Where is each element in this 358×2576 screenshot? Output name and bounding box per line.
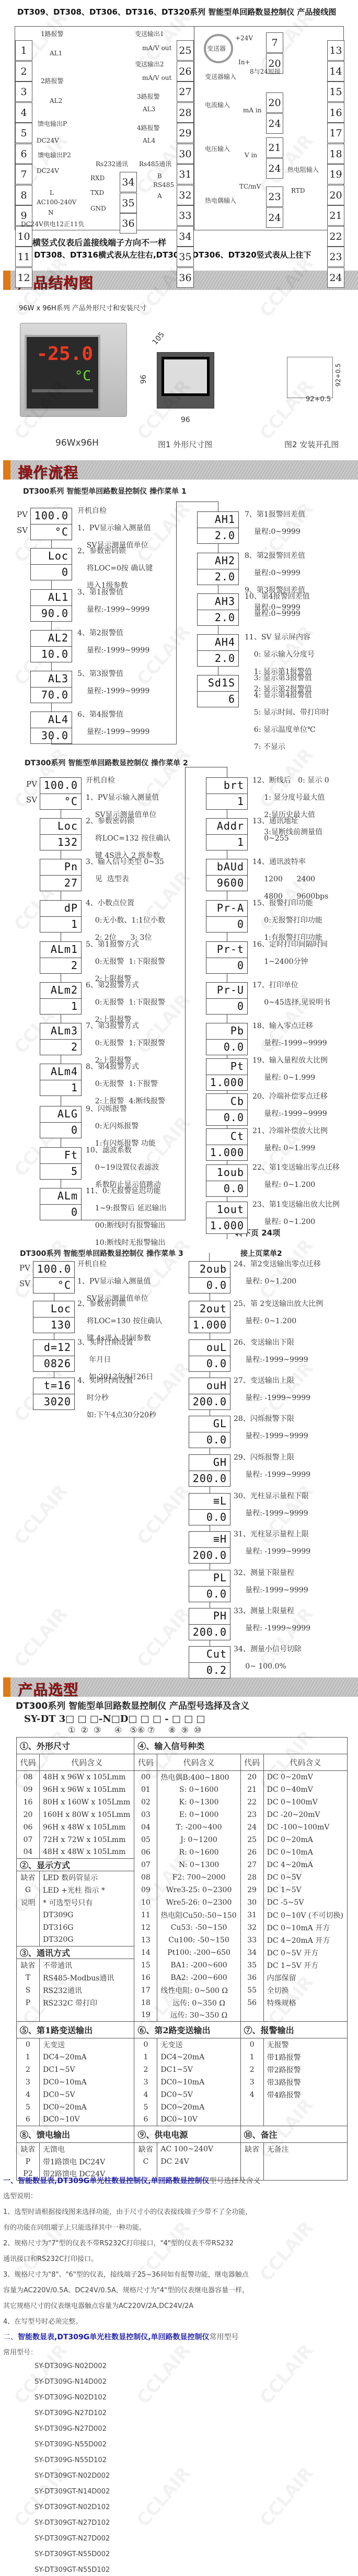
table-cell: DC0~10mA: [40, 2076, 134, 2089]
lcd-value: 1.000: [206, 1075, 247, 1090]
table-cell: 无备注: [263, 2143, 347, 2155]
lcd-display: ALG0: [40, 1106, 82, 1138]
terminal-18: 18: [327, 144, 344, 164]
table-cell: Wre3-25: 0~2300: [157, 1884, 240, 1896]
lcd-param: PH: [189, 1608, 230, 1624]
table-cell: DC0~5V: [40, 2089, 134, 2101]
flow-arrow: [61, 974, 61, 982]
dim-width: 96: [181, 416, 190, 424]
terminal-30: 30: [177, 144, 194, 164]
table-cell: 代码含义: [157, 1754, 240, 1771]
flow-arrow: [227, 810, 227, 818]
terminal-19: 19: [327, 164, 344, 184]
table-cell: [240, 2101, 263, 2114]
lcd-display: AH12.0: [197, 511, 239, 544]
watermark: CCLAIR: [256, 2340, 318, 2408]
terminal-36: 36: [177, 267, 194, 288]
table-cell: P: [17, 1997, 40, 2009]
lcd-display: Cb0.0: [206, 1093, 248, 1126]
input-terminal: 23: [266, 187, 283, 207]
lcd-param: AH2: [198, 553, 238, 569]
lcd-param: Loc: [40, 819, 81, 834]
menu2-title: DT300系列 智能型单回路数显控制仪 操作菜单 2: [25, 757, 188, 768]
table-cell: 01: [134, 1784, 157, 1796]
input-terminal: 24: [266, 158, 283, 179]
table-cell: 03: [134, 1809, 157, 1821]
table-row: SRS232通讯17线性电阻: 0~500 Ω55全切换: [17, 1984, 348, 1997]
flow-arrow: [61, 933, 61, 941]
flow-arrow: [210, 1448, 210, 1454]
flow-arrow: [227, 974, 227, 982]
flow-arrow: [54, 1372, 54, 1378]
table-row: 0848H x 96W x 105Lmm00热电偶B:400~180020DC …: [17, 1771, 348, 1784]
table-cell: 04: [134, 1821, 157, 1834]
table-cell: 5: [17, 2101, 40, 2114]
lcd-value: 10.0: [31, 646, 72, 662]
table-cell: 2: [240, 2064, 263, 2076]
table-cell: DT309G: [40, 1909, 134, 1921]
flow-arrow: [210, 1487, 210, 1493]
lcd-display: Loc130: [33, 1301, 75, 1333]
lcd-value: 0: [31, 564, 72, 580]
table-cell: 1: [17, 2051, 40, 2064]
model-item: SY-DT309GT-N55D102: [34, 2566, 110, 2574]
lcd-param: Ct: [206, 1129, 247, 1145]
table-row: ②、显示方式07N: 0~130027DC 4~20mA: [17, 1859, 348, 1871]
table-cell: 无报警: [263, 2038, 347, 2051]
table-row: 3DC0~10mA3DC0~10mA3带3路报警: [17, 2076, 348, 2089]
lcd-value: 6: [198, 691, 238, 707]
wiring-label: 变送输出2: [135, 60, 164, 68]
table-cell: 0: [134, 2038, 157, 2051]
lcd-value: 70.0: [31, 687, 72, 703]
table-cell: 带1路报警: [263, 2051, 347, 2064]
table-cell: 23: [240, 1809, 263, 1821]
param-description: 27、变送输出上限 量程: -1999~9999: [234, 1372, 310, 1407]
table-cell: 20: [240, 1771, 263, 1784]
lcd-display: 100.0°C: [33, 1261, 75, 1293]
lcd-param: AL2: [31, 631, 72, 646]
wiring-label: 电流输入: [205, 100, 230, 109]
terminal-23: 23: [327, 247, 344, 267]
model-item: SY-DT309GT-N55D002: [34, 2550, 110, 2558]
table-row: 缺省不带通讯15BA1: -200~60035DC 1~5V 开方: [17, 1959, 348, 1972]
lcd-param: ALm2: [40, 983, 81, 998]
table-row: GLED +光柱 指示 *09Wre3-25: 0~230029DC 1~5V: [17, 1884, 348, 1896]
lcd-value: 1.000: [206, 1145, 247, 1160]
table-cell: DC0~10V: [40, 2114, 134, 2126]
structure-subtitle: 96W x 96H系列 产品外形尺寸和安装尺寸: [19, 302, 147, 312]
selection-table: ①、外形尺寸④、输入信号种类代码代码含义代码代码含义代码代码含义0848H x …: [16, 1737, 348, 2181]
lcd-display: Pt1.000: [206, 1058, 248, 1091]
table-cell: 5: [134, 2101, 157, 2114]
table-cell: LED +光柱 指示 *: [40, 1884, 134, 1896]
wiring-label: +24V: [235, 34, 253, 42]
flow-arrow: [51, 662, 52, 671]
wiring-label: DC24V供电12正11负: [21, 219, 84, 228]
lcd-value: 0.0: [189, 1356, 230, 1371]
flow-arrow: [61, 1180, 61, 1188]
rs232-terminal-35: 35: [120, 193, 137, 213]
dim-height: 96: [140, 375, 148, 384]
lcd-value: 0: [206, 916, 247, 932]
lcd-value: 0: [206, 958, 247, 973]
param-description: 24、第2变送输出零点迁移 量程: 0~1.200: [234, 1256, 321, 1290]
table-row: 0696H x 48W x 105Lmm04T: -200~40024DC -1…: [17, 1821, 348, 1834]
lcd-param: AL4: [31, 712, 72, 728]
lcd-param: 2out: [189, 1301, 230, 1317]
table-cell: 07: [134, 1859, 157, 1871]
table-cell: S: [17, 1984, 40, 1997]
lcd-param: 100.0: [40, 778, 81, 794]
table-cell: ⑥、第2路变送输出: [134, 2022, 240, 2038]
wiring-label: mA/V out: [142, 44, 171, 52]
terminal-3: 3: [15, 81, 32, 102]
table-cell: [17, 1934, 40, 1946]
wiring-label: AL1: [50, 50, 62, 57]
lcd-param: AL1: [31, 590, 72, 605]
table-cell: 2: [134, 2064, 157, 2076]
lcd-value: 200.0: [189, 1624, 230, 1640]
lcd-param: ouL: [189, 1340, 230, 1356]
table-cell: [240, 2009, 263, 2022]
note-line: 通讯接口和RS232C打印接口。: [3, 2253, 98, 2263]
terminal-34: 34: [177, 226, 194, 247]
lcd-param: d=12: [33, 1340, 74, 1356]
param-description: 32、测量下限量程 量程:-1999~9999: [234, 1565, 308, 1599]
table-cell: DC4~20mA: [40, 2051, 134, 2064]
common-label: 常用型号：: [3, 2347, 37, 2357]
table-cell: 缺省: [17, 1959, 40, 1972]
table-cell: 2: [17, 2064, 40, 2076]
wiring-label: 4路报警: [137, 123, 160, 132]
lcd-value: 0.2: [189, 1662, 230, 1678]
cut-height: 92+0.5: [334, 364, 342, 387]
table-cell: 25: [240, 1834, 263, 1846]
table-row: 说明* 可选型号只有10Wre5-26: 0~230030DC -5~5V: [17, 1896, 348, 1909]
notes-intro: 选型说明：: [3, 2190, 37, 2200]
heading2-link[interactable]: 智能数显表,DT309G单光柱数显控制仪,单回路数显控制仪: [18, 2333, 210, 2341]
lcd-value: 90.0: [31, 605, 72, 621]
param-description: 16、定时打印间隔时间 1~2400分钟: [252, 936, 328, 971]
flow-arrow: [227, 1197, 227, 1202]
fig1-outline: [157, 352, 214, 409]
table-cell: ⑦、报警输出: [240, 2022, 347, 2038]
table-cell: DC 4~20mA: [263, 1859, 347, 1871]
table-cell: Pt100: -200~650: [157, 1946, 240, 1959]
table-cell: 96H x 96W x 105Lmm: [40, 1784, 134, 1796]
table-cell: RS485-Modbus通讯: [40, 1972, 134, 1984]
param-description: 13、通讯地址 0~255: [252, 813, 298, 847]
table-cell: 72H x 72W x 105Lmm: [40, 1834, 134, 1846]
wiring-label: B: [157, 172, 162, 180]
flow-arrow: [61, 1138, 61, 1147]
table-cell: K: 0~1300: [157, 1796, 240, 1809]
flow-arrow: [227, 891, 227, 900]
lcd-value: 0.0: [189, 1586, 230, 1602]
table-cell: DT316G: [40, 1921, 134, 1934]
wiring-label: RTD: [291, 187, 305, 194]
table-cell: 代码: [134, 1754, 157, 1771]
model-item: SY-DT309GT-N02D002: [34, 2472, 110, 2480]
wiring-label: TXD: [90, 189, 104, 196]
lcd-value: 1.000: [189, 1317, 230, 1333]
table-cell: 34: [240, 1946, 263, 1959]
lcd-value: 0.0: [206, 1110, 247, 1125]
lcd-display: AL190.0: [30, 589, 72, 622]
table-cell: 1: [134, 2051, 157, 2064]
wiring-label: 变送输出1: [135, 29, 164, 38]
terminal-16: 16: [327, 102, 344, 123]
table-cell: 19: [134, 2009, 157, 2022]
table-cell: DC4~20mA: [157, 2051, 240, 2064]
table-row: DT316G12Cu53: -50~15032DC 0~10mA 开方: [17, 1921, 348, 1934]
table-row: 20160H x 80W x 105Lmm03E: 0~100023DC -20…: [17, 1809, 348, 1821]
flow-arrow: [61, 891, 61, 900]
terminal-35: 35: [177, 247, 194, 267]
lcd-param: PL: [189, 1570, 230, 1586]
lcd-value: °C: [40, 794, 81, 809]
flow-arrow: [51, 703, 52, 712]
lcd-param: 1oub: [206, 1165, 247, 1181]
table-cell: J: 0~1200: [157, 1834, 240, 1846]
terminal-14: 14: [327, 61, 344, 81]
lcd-param: ≡H: [189, 1532, 230, 1547]
table-cell: LED 数码管显示: [40, 1871, 134, 1884]
lcd-value: 0.0: [206, 1181, 247, 1196]
param-description: 11、0:无报警延迟功能 1~9:报警后 延迟输出 00:断线时有报警输出 10…: [86, 1183, 167, 1252]
table-cell: C: [134, 2155, 157, 2168]
wiring-label: Rs485通讯: [139, 159, 171, 168]
lcd-display: AH42.0: [197, 634, 239, 667]
lcd-value: 2: [40, 1039, 81, 1055]
fig2-caption: 图2 安装开孔图: [284, 439, 339, 450]
table-cell: 热电偶B:400~1800: [157, 1771, 240, 1784]
notes-heading-2: 二、智能数显表,DT309G单光柱数显控制仪,单回路数显控制仪常用型号: [3, 2332, 239, 2342]
watermark: CCLAIR: [256, 2218, 318, 2286]
flow-arrow: [54, 1293, 54, 1301]
param-description: 33、测量上限量程 量程: -1999~9999: [234, 1603, 310, 1637]
table-cell: DC 1~5V 开方: [263, 1959, 347, 1972]
terminal-33: 33: [177, 205, 194, 226]
table-cell: ①、外形尺寸: [17, 1738, 134, 1754]
table-cell: ③、通讯方式: [17, 1946, 134, 1959]
wiring-label: GND: [90, 205, 106, 212]
wiring-label: TC/mV: [239, 183, 261, 190]
table-cell: DC 0~10mA 开方: [263, 1921, 347, 1934]
table-row: TRS485-Modbus通讯16BA2: -200~60036内部保留: [17, 1972, 348, 1984]
table-cell: ⑨、供电电源: [134, 2126, 240, 2143]
table-row: 0772H x 72W x 105Lmm05J: 0~120025DC 0~20…: [17, 1834, 348, 1846]
terminal-28: 28: [177, 102, 194, 123]
terminal-1: 1: [15, 40, 32, 61]
fig2-cutout: [287, 357, 333, 398]
terminal-7: 7: [15, 164, 32, 184]
watermark: CCLAIR: [133, 1481, 195, 1549]
terminal-31: 31: [177, 164, 194, 184]
note-line: 3、规格尺寸为"8"、"6"型的仪表，接线端子25~36间如有报警功能，继电器触…: [3, 2269, 249, 2279]
table-cell: [40, 2009, 134, 2022]
table-cell: 56: [240, 1997, 263, 2009]
param-description: 22、第1变送输出零点迁移 量程: 0~1.200: [252, 1159, 340, 1194]
table-cell: 16: [134, 1972, 157, 1984]
lcd-display: PL0.0: [189, 1570, 230, 1602]
table-cell: 10: [134, 1896, 157, 1909]
lcd-param: Pt: [206, 1059, 247, 1075]
lcd-value: 2.0: [198, 528, 238, 543]
table-cell: 36: [240, 1972, 263, 1984]
lcd-param: ALm4: [40, 1064, 81, 1080]
table-cell: P: [17, 2155, 40, 2168]
flow-arrow: [227, 1015, 227, 1023]
lcd-display: Pn27: [40, 859, 82, 891]
table-cell: 1: [240, 2051, 263, 2064]
wiring-label: AL2: [50, 97, 62, 104]
lcd-display: ALm12: [40, 941, 82, 974]
flow-arrow: [210, 1372, 210, 1378]
table-row: 4DC0~5V4DC0~5V4带4路报警: [17, 2089, 348, 2101]
lcd-value: 200.0: [189, 1471, 230, 1486]
wiring-label: Rs232通讯: [96, 159, 128, 168]
table-cell: 02: [134, 1796, 157, 1809]
wiring-note-1: 注：横竖式仪表后盖接线端子方向不一样: [16, 236, 166, 248]
table-cell: 80H x 160W x 105Lmm: [40, 1796, 134, 1809]
table-cell: S: 0~1600: [157, 1784, 240, 1796]
table-cell: DC -5~5V: [263, 1896, 347, 1909]
input-terminal: 24: [266, 207, 283, 228]
lcd-value: 200.0: [189, 1547, 230, 1563]
input-terminal: 20: [266, 92, 283, 113]
lcd-param: Pr-t: [206, 942, 247, 958]
table-cell: 26: [240, 1846, 263, 1859]
param-description: 29、闪烁报警上限 量程: -1999~9999: [234, 1449, 310, 1484]
lcd-value: 1: [40, 1080, 81, 1095]
lcd-display: Loc132: [40, 818, 82, 850]
table-cell: 14: [134, 1946, 157, 1959]
table-cell: 0: [240, 2038, 263, 2051]
table-cell: BA1: -200~600: [157, 1959, 240, 1972]
flow-arrow: [218, 626, 218, 634]
table-cell: E: 0~1000: [157, 1809, 240, 1821]
flow-arrow: [218, 585, 218, 593]
flow-arrow: [210, 1293, 210, 1301]
lcd-display: Cut0.2: [189, 1646, 230, 1679]
param-description: 10、第4报警回差值 量程:0~9999: [245, 588, 310, 623]
table-row: ⑤、第1路变送输出⑥、第2路变送输出⑦、报警输出: [17, 2022, 348, 2038]
model-item: SY-DT309G-N27D002: [34, 2425, 107, 2433]
terminal-22: 22: [327, 226, 344, 247]
table-cell: Wre5-26: 0~2300: [157, 1896, 240, 1909]
flow-arrow: [54, 1333, 54, 1339]
flow-arrow: [51, 580, 52, 589]
wiring-label: In+: [238, 59, 250, 66]
lcd-value: 9600: [206, 875, 247, 891]
wiring-label: AL3: [143, 106, 155, 113]
lcd-display: 1out1.000: [206, 1202, 248, 1234]
flow-arrow: [227, 1055, 227, 1058]
heading1-link[interactable]: 智能数显表,DT309G单光柱数显控制仪,单回路数显控制仪: [18, 2177, 210, 2185]
table-cell: 35: [240, 1959, 263, 1972]
flow-arrow: [61, 810, 61, 818]
table-cell: 4: [134, 2089, 157, 2101]
sv-label: SV: [19, 1279, 30, 1288]
table-cell: 20: [17, 1809, 40, 1821]
table-cell: DC 24V: [157, 2155, 240, 2168]
wiring-label: 馈电输出P: [38, 119, 67, 128]
table-row: 0448H x 48W x 105Lmm06R: 0~160026DC 0~10…: [17, 1846, 348, 1859]
table-cell: 缺省: [240, 2143, 263, 2155]
table-row: 0996H x 96W x 105Lmm01S: 0~160021DC 0~40…: [17, 1784, 348, 1796]
lcd-param: Loc: [31, 549, 72, 564]
param-description: 6、第4报警值 量程:-1999~9999: [77, 706, 149, 741]
lcd-param: AH1: [198, 512, 238, 528]
table-cell: DC 0~100mV: [263, 1796, 347, 1809]
param-description: 5、第3报警值 量程:-1999~9999: [77, 666, 149, 700]
sv-label: SV: [26, 795, 37, 805]
table-cell: 代码含义: [40, 1754, 134, 1771]
menu1-title: DT300系列 智能型单回路数显控制仪 操作菜单 1: [23, 486, 187, 496]
lcd-value: 1: [40, 998, 81, 1014]
table-row: 缺省无馈电缺省AC 100~240V缺省无备注: [17, 2143, 348, 2155]
lcd-display: dP1: [40, 900, 82, 933]
lcd-display: ALm32: [40, 1023, 82, 1055]
flow-arrow: [210, 1640, 210, 1646]
flow-arrow: [210, 1602, 210, 1608]
watermark: CCLAIR: [10, 1481, 72, 1549]
table-cell: DC1~5V: [40, 2064, 134, 2076]
note-line: 其它规格尺寸的仪表继电器触点容量为AC220V/2A,DC24V/2A: [3, 2300, 193, 2310]
table-cell: 07: [17, 1834, 40, 1846]
table-cell: 缺省: [134, 2143, 157, 2155]
terminal-11: 11: [15, 247, 32, 267]
model-item: SY-DT309G-N14D002: [34, 2378, 107, 2386]
table-cell: 55: [240, 1984, 263, 1997]
table-cell: 08: [17, 1771, 40, 1784]
lcd-display: AL370.0: [30, 671, 72, 703]
table-cell: 06: [17, 1821, 40, 1834]
watermark: CCLAIR: [133, 2463, 195, 2531]
lcd-display: GL0.0: [189, 1416, 230, 1448]
table-cell: 27: [240, 1859, 263, 1871]
table-row: 1DC4~20mA1DC4~20mA1带1路报警: [17, 2051, 348, 2064]
table-cell: 3: [134, 2076, 157, 2089]
transmitter-circle: [204, 34, 233, 63]
flow-arrow: [227, 1091, 227, 1093]
param-description: 20、冷端补偿零点迁移 量程:-1999~9999 21、冷端补偿放大比例 量程…: [252, 1088, 328, 1157]
wiring-label: A: [157, 192, 162, 200]
wiring-label: 变送器输入: [205, 72, 236, 81]
model-item: SY-DT309G-N02D102: [34, 2394, 107, 2402]
note-line: 容量为AC220V/0.5A、DC24V/0.5A，规格尺寸为"4"型的仪表继电…: [3, 2284, 249, 2294]
table-row: 19远传: 30~350 Ω: [17, 2009, 348, 2022]
lcd-param: AL3: [31, 671, 72, 687]
wiring-label: 1路报警: [41, 29, 64, 38]
table-cell: DC -20~20mV: [263, 1809, 347, 1821]
cut-width: 92+0.5: [306, 395, 331, 403]
table-cell: N: 0~1300: [157, 1859, 240, 1871]
table-row: ⑧、馈电输出⑨、供电电源⑩、备注: [17, 2126, 348, 2143]
table-cell: 0: [17, 2038, 40, 2051]
table-cell: 28: [240, 1871, 263, 1884]
flow-arrow: [51, 540, 52, 548]
table-cell: 带2路报警: [263, 2064, 347, 2076]
lcd-param: t=16: [33, 1378, 74, 1394]
table-cell: 代码: [17, 1754, 40, 1771]
terminal-24: 24: [327, 267, 344, 288]
lcd-display: bAUd9600: [206, 859, 248, 891]
wiring-label: L: [50, 189, 54, 196]
flow-arrow: [210, 1525, 210, 1531]
